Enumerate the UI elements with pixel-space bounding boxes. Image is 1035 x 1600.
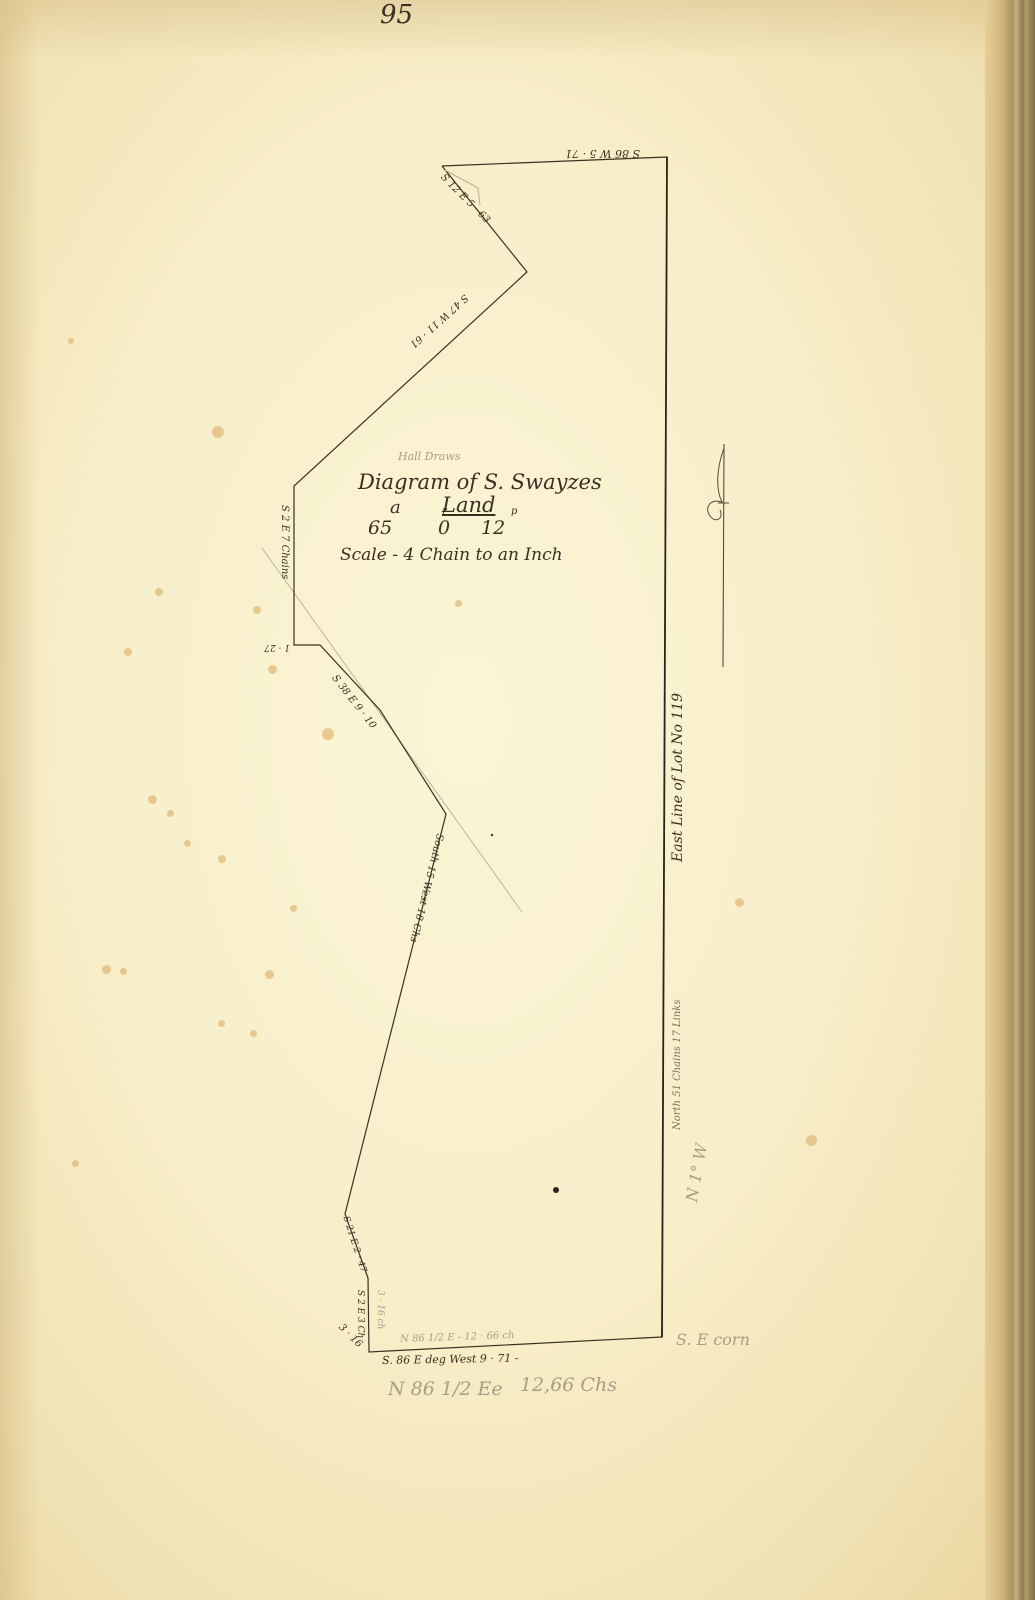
east-line — [662, 157, 667, 1337]
label-south-edge-ink: S. 86 E deg West 9 · 71 - — [382, 1352, 519, 1367]
area-roods-unit: r — [442, 506, 447, 517]
diagram-title: Diagram of S. Swayzes — [358, 470, 602, 494]
label-west-notch: 1 · 27 — [264, 642, 290, 652]
label-south-below-b: 12,66 Chs — [520, 1374, 617, 1396]
title-prefix: a — [390, 497, 401, 518]
area-perches-unit: p — [511, 506, 517, 517]
label-southeast-corner: S. E corn — [676, 1330, 750, 1349]
diagram-subtitle: Land — [442, 493, 495, 517]
scale-note: Scale - 4 Chain to an Inch — [340, 545, 563, 565]
north-arrow-icon — [708, 444, 729, 667]
label-southwest-vertical: S 2 E 3 Ch — [355, 1290, 365, 1338]
label-east-distance: North 51 Chains 17 Links — [672, 1000, 683, 1130]
land-boundary — [294, 157, 667, 1352]
label-west-upper: S 2 E 7 Chains — [279, 505, 290, 579]
label-north-edge: S 86 W 5 · 71 — [565, 147, 640, 160]
label-east-line: East Line of Lot No 119 — [670, 693, 686, 862]
label-southwest-pencil: 3 · 16 ch — [375, 1290, 385, 1329]
label-south-below-a: N 86 1/2 Ee — [388, 1378, 503, 1400]
area-roods: 0 — [438, 517, 450, 539]
area-perches: 12 — [481, 517, 505, 539]
pencil-note: Hall Draws — [398, 450, 460, 463]
area-acres: 65 — [368, 517, 392, 539]
